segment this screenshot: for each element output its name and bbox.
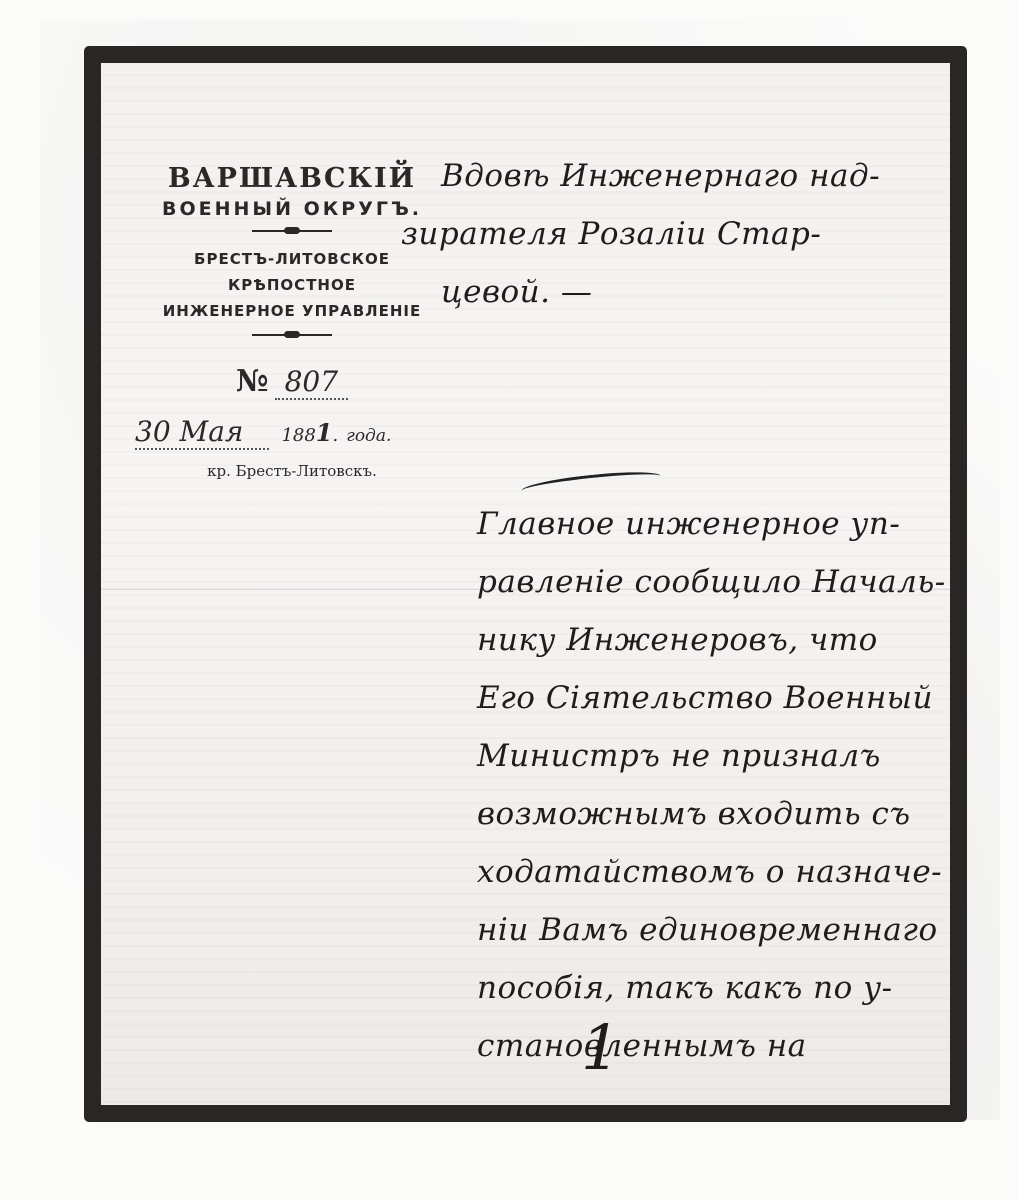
letter-body: Главное инженерное уп- равленіе сообщило… xyxy=(477,495,947,1075)
date-day-month: 30 Мая xyxy=(135,415,269,450)
body-line: нику Инженеровъ, что xyxy=(477,611,947,669)
addressee-line: цевой. — xyxy=(441,263,961,321)
body-line: Министръ не призналъ xyxy=(477,727,947,785)
place-of-issue: кр. Брестъ-Литовскъ. xyxy=(127,462,457,480)
year-suffix: года. xyxy=(346,426,391,446)
ornament-divider xyxy=(252,230,332,232)
ornament-divider xyxy=(252,334,332,336)
body-line: равленіе сообщило Началь- xyxy=(477,553,947,611)
body-line: возможнымъ входить съ xyxy=(477,785,947,843)
addressee-line: зирателя Розаліи Стар- xyxy=(401,205,961,263)
body-line: пособія, такъ какъ по у- xyxy=(477,959,947,1017)
year-handwritten: 1 xyxy=(316,418,333,447)
addressee-line: Вдовѣ Инженернаго над- xyxy=(441,147,961,205)
body-line: становленнымъ на xyxy=(477,1017,947,1075)
body-line: Его Сіятельство Военный xyxy=(477,669,947,727)
body-line: Главное инженерное уп- xyxy=(477,495,947,553)
body-line: ходатайствомъ о назначе- xyxy=(477,843,947,901)
body-line: ніи Вамъ единовременнаго xyxy=(477,901,947,959)
number-sign: № xyxy=(236,364,269,399)
document-frame: ВАРШАВСКІЙ ВОЕННЫЙ ОКРУГЪ. БРЕСТЪ-ЛИТОВС… xyxy=(84,46,967,1122)
page-number: 1 xyxy=(581,1011,620,1084)
document-date: 30 Мая1881.года. xyxy=(127,415,457,448)
date-year: 1881. xyxy=(281,425,338,446)
number-value: 807 xyxy=(275,365,348,400)
letterhead-district: ВАРШАВСКІЙ xyxy=(127,163,457,194)
letterhead-engineering-directorate: ИНЖЕНЕРНОЕ УПРАВЛЕНІЕ xyxy=(127,302,457,320)
letterhead-fortress: КРѢПОСТНОЕ xyxy=(127,276,457,294)
addressee-block: Вдовѣ Инженернаго над- зирателя Розаліи … xyxy=(441,147,961,321)
document-number: №807 xyxy=(127,364,457,399)
year-printed: 188 xyxy=(281,425,315,446)
